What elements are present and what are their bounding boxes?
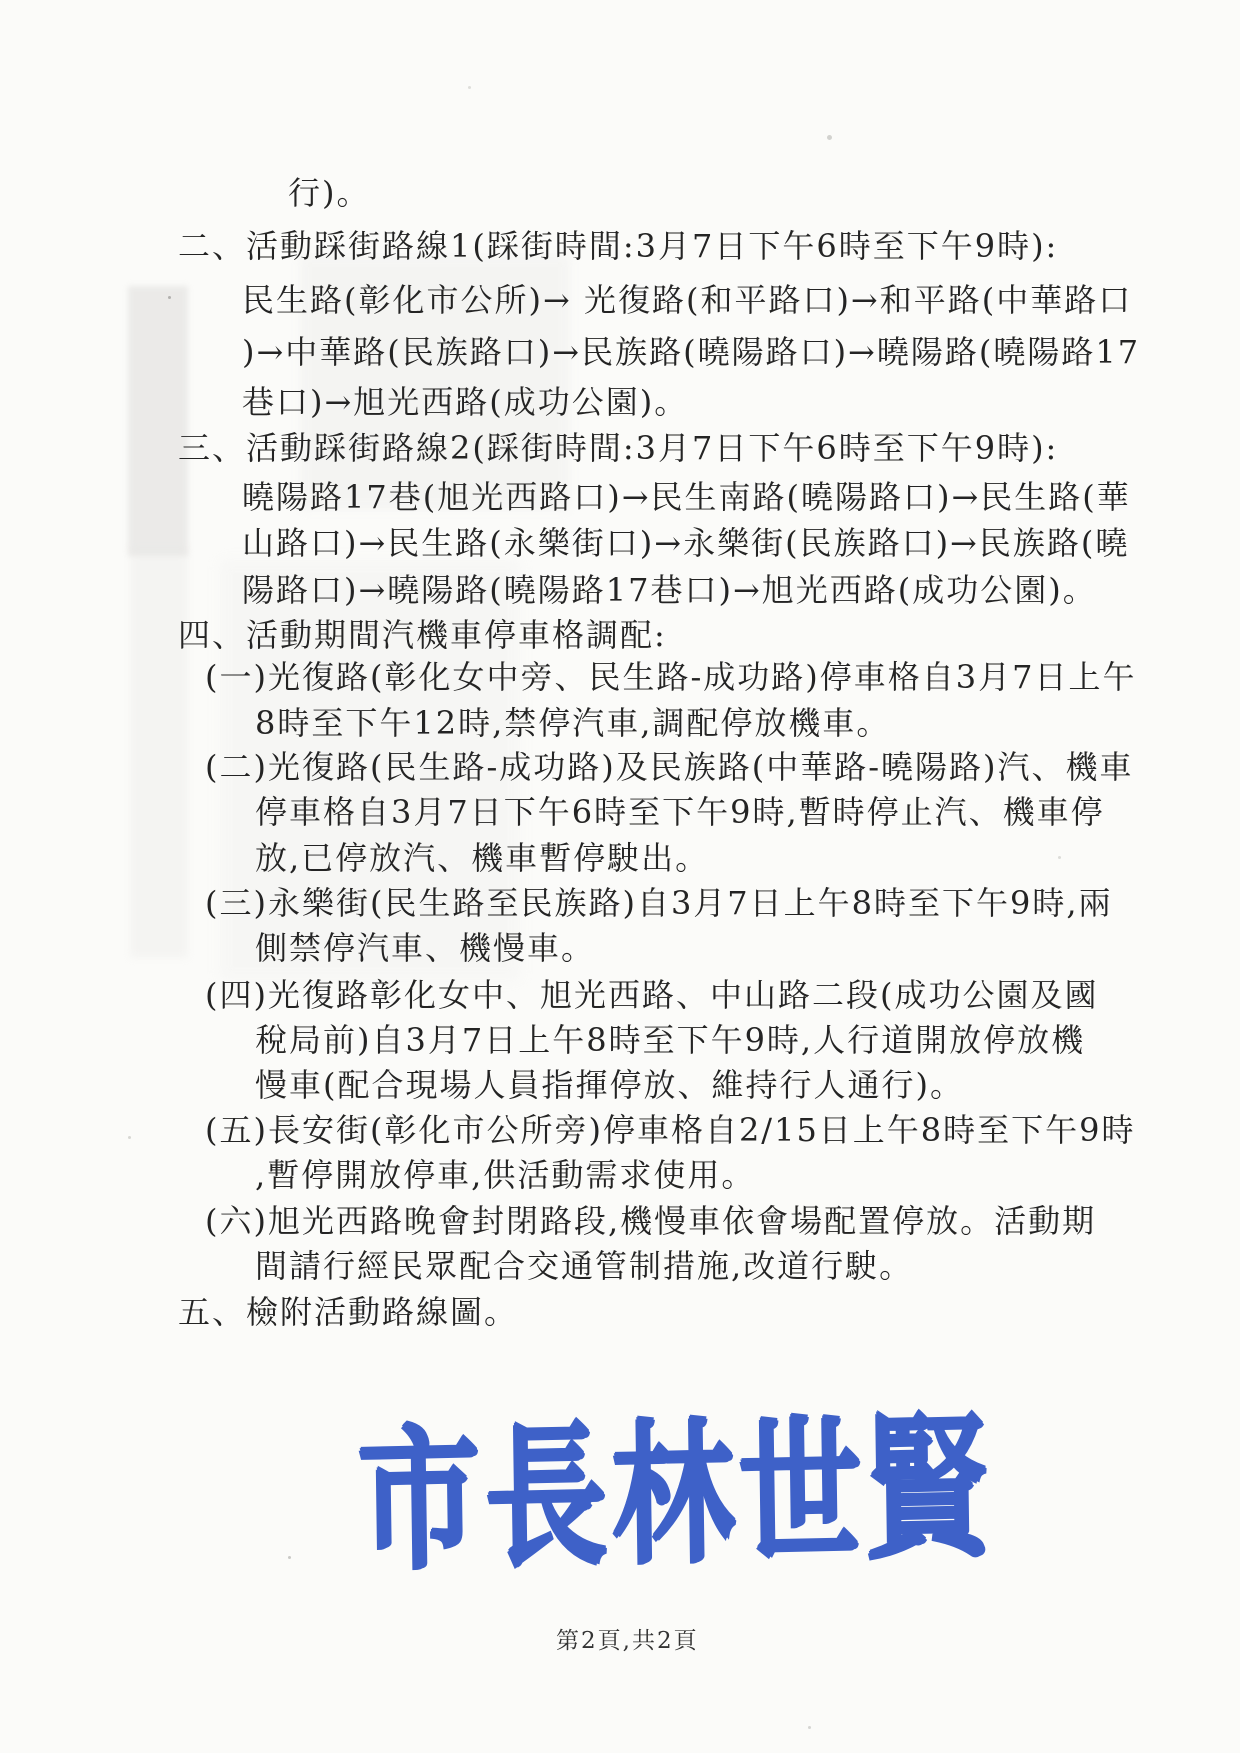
document-line: 停車格自3月7日下午6時至下午9時,暫時停止汽、機車停 [255,787,1105,833]
document-line: 慢車(配合現場人員指揮停放、維持行人通行)。 [255,1060,964,1106]
document-line: 稅局前)自3月7日上午8時至下午9時,人行道開放停放機 [255,1015,1085,1061]
page-number-footer: 第2頁,共2頁 [556,1622,699,1655]
document-line: 陽路口)→曉陽路(曉陽路17巷口)→旭光西路(成功公園)。 [242,565,1097,611]
document-line: (一)光復路(彰化女中旁、民生路-成功路)停車格自3月7日上午 [205,652,1136,698]
document-line: (六)旭光西路晚會封閉路段,機慢車依會場配置停放。活動期 [205,1196,1096,1242]
document-line: 放,已停放汽、機車暫停駛出。 [255,833,709,879]
mayor-signature-stamp: 市長林世賢 [356,1364,994,1598]
scanned-document-page: 行)。二、活動踩街路線1(踩街時間:3月7日下午6時至下午9時):民生路(彰化市… [0,0,1240,1753]
document-line: 巷口)→旭光西路(成功公園)。 [242,377,688,423]
document-line: (二)光復路(民生路-成功路)及民族路(中華路-曉陽路)汽、機車 [205,742,1134,788]
document-line: 間請行經民眾配合交通管制措施,改道行駛。 [255,1241,913,1287]
document-line: 曉陽路17巷(旭光西路口)→民生南路(曉陽路口)→民生路(華 [242,472,1131,518]
document-line: (三)永樂街(民生路至民族路)自3月7日上午8時至下午9時,兩 [205,878,1113,924]
document-line: 四、活動期間汽機車停車格調配: [178,610,667,656]
document-line: 五、檢附活動路線圖。 [178,1287,518,1333]
scan-noise-specks [168,296,171,299]
document-line: (四)光復路彰化女中、旭光西路、中山路二段(成功公園及國 [205,970,1098,1016]
scan-shadow-band [128,286,188,556]
document-line: 民生路(彰化市公所)→ 光復路(和平路口)→和平路(中華路口 [242,275,1132,321]
document-line: 行)。 [288,168,371,214]
document-line: 8時至下午12時,禁停汽車,調配停放機車。 [255,698,890,744]
document-line: 三、活動踩街路線2(踩街時間:3月7日下午6時至下午9時): [178,423,1058,469]
document-line: 二、活動踩街路線1(踩街時間:3月7日下午6時至下午9時): [178,221,1058,267]
document-line: ,暫停開放停車,供活動需求使用。 [255,1150,755,1196]
document-line: 山路口)→民生路(永樂街口)→永樂街(民族路口)→民族路(曉 [242,518,1129,564]
document-line: (五)長安街(彰化市公所旁)停車格自2/15日上午8時至下午9時 [205,1105,1136,1151]
document-line: )→中華路(民族路口)→民族路(曉陽路口)→曉陽路(曉陽路17 [242,327,1140,373]
document-line: 側禁停汽車、機慢車。 [255,923,595,969]
